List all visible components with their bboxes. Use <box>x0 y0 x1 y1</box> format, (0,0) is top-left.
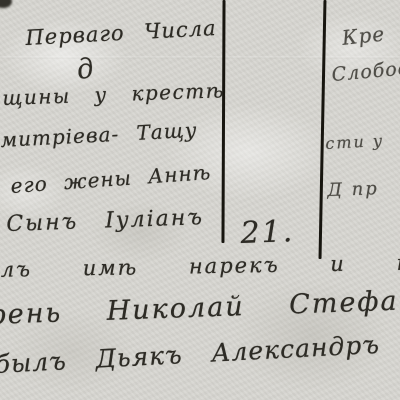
entry-text-line: Перваго Числа <box>25 18 217 49</box>
right-column-line: Кре <box>341 23 386 47</box>
manuscript-page: Перваго Числа д щины у крестѣ митріева- … <box>0 0 400 400</box>
right-column-line: сти у <box>325 133 385 152</box>
ink-blot <box>0 0 12 8</box>
entry-text-line: щины у крестѣ <box>2 80 225 108</box>
bottom-text-line: былъ Дьякъ Александръ М <box>0 329 400 377</box>
entry-text-line: его жены Аннѣ <box>10 162 212 196</box>
entry-text-line: Сынъ Іуліанъ <box>6 207 204 236</box>
entry-text-line: митріева- Тащу <box>0 120 198 150</box>
right-column-line: Д пр <box>327 180 379 200</box>
bottom-text-line: алъ имѣ нарекъ и кре <box>0 252 400 281</box>
column-rule-right <box>319 0 327 259</box>
right-column-line: Слобод <box>331 59 400 85</box>
entry-number: 21. <box>240 217 295 249</box>
paper-crease <box>0 56 400 59</box>
column-rule-left <box>221 0 225 243</box>
bottom-text-line: рень Николай Стефан <box>0 287 400 329</box>
